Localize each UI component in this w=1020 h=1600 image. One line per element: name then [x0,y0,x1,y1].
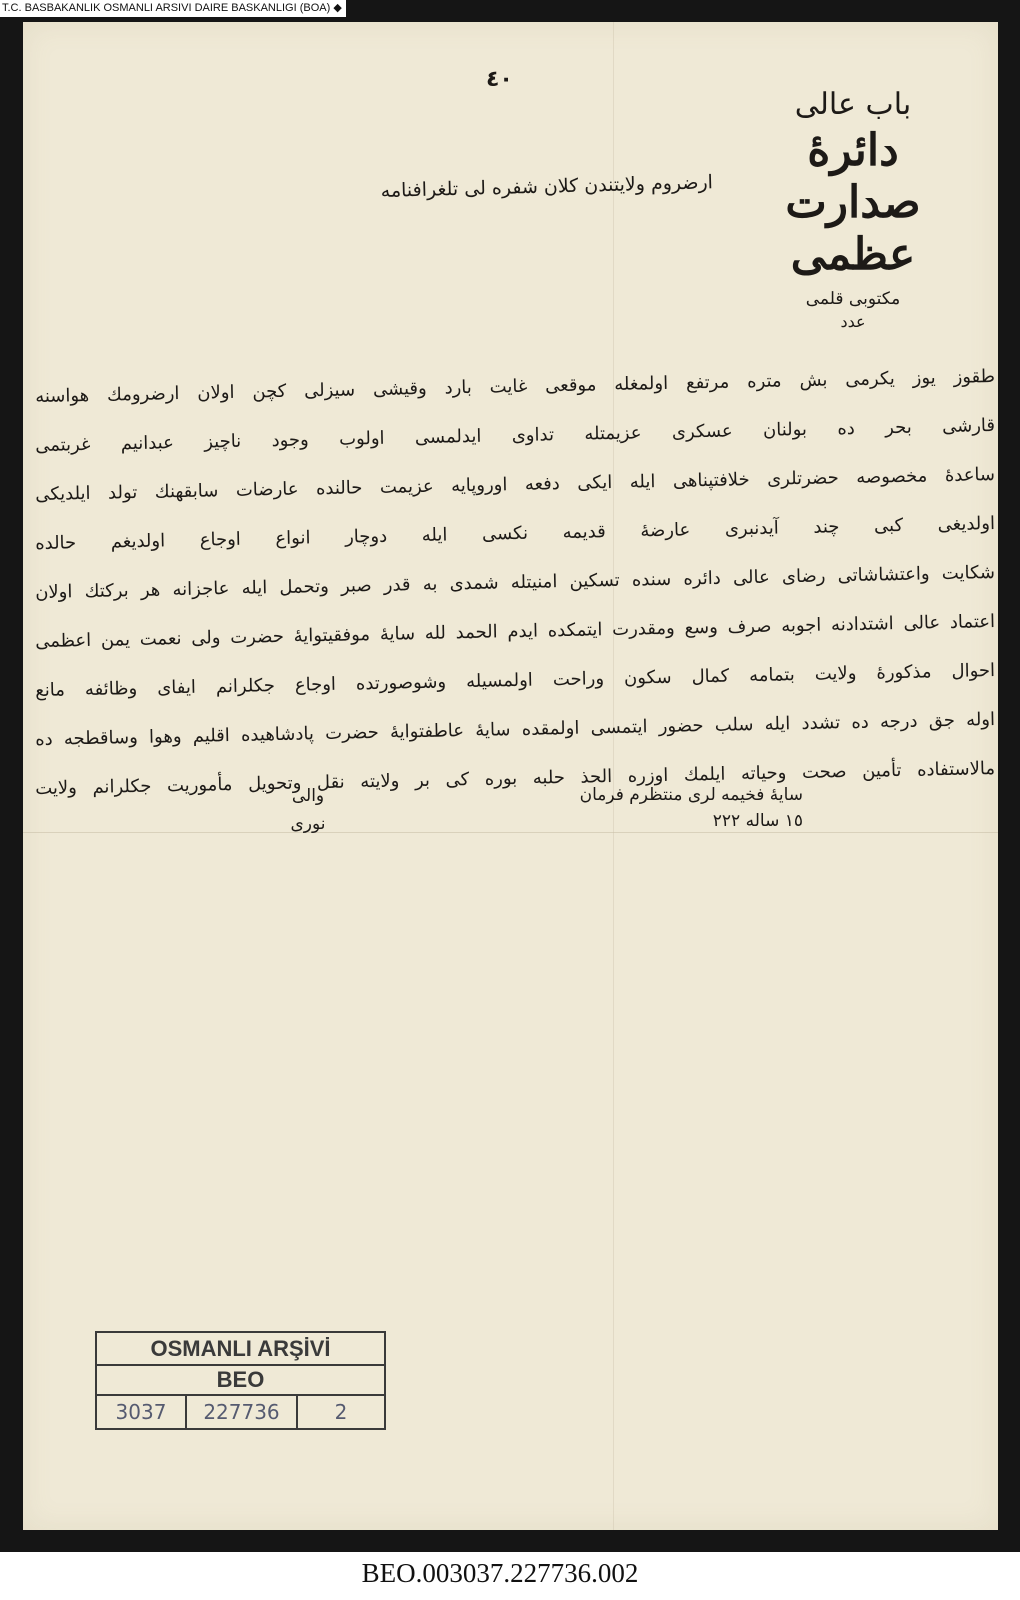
document-paper: ٤٠ باب عالى دائرۀ صدارت عظمى مكتوبى قلمى… [23,22,998,1530]
stamp-page-number: 2 [298,1396,384,1428]
letterhead: باب عالى دائرۀ صدارت عظمى مكتوبى قلمى عد… [748,77,958,333]
archive-header: T.C. BASBAKANLIK OSMANLI ARSIVI DAIRE BA… [0,0,346,17]
archive-stamp: OSMANLI ARŞİVİ BEO 3037 227736 2 [95,1331,386,1430]
document-body: طقوز يوز يكرمى بش متره مرتفع اولمغله موق… [35,352,995,793]
stamp-file-number: 3037 [97,1396,187,1428]
signature-name: نورى [263,810,353,838]
document-reference-caption: BEO.003037.227736.002 [0,1553,1000,1593]
letterhead-top: باب عالى [748,85,958,125]
letterhead-department: مكتوبى قلمى [748,287,958,311]
stamp-cells: 3037 227736 2 [97,1396,384,1428]
signature: والى نورى [263,782,353,838]
page-number: ٤٠ [486,67,513,92]
stamp-title: OSMANLI ARŞİVİ [97,1333,384,1366]
paper-fold-horizontal [23,832,998,833]
date-line: سايۀ فخيمه لرى منتظرم فرمان ١٥ ساله ٢٢٢ [563,782,803,834]
letterhead-main: دائرۀ صدارت عظمى [748,125,958,281]
stamp-document-number: 227736 [187,1396,298,1428]
letterhead-number-label: عدد [748,311,958,333]
stamp-collection: BEO [97,1366,384,1396]
document-subject: ارضروم ولايتندن كلان شفره لى تلغرافنامه [353,167,714,206]
signature-title: والى [263,782,353,810]
